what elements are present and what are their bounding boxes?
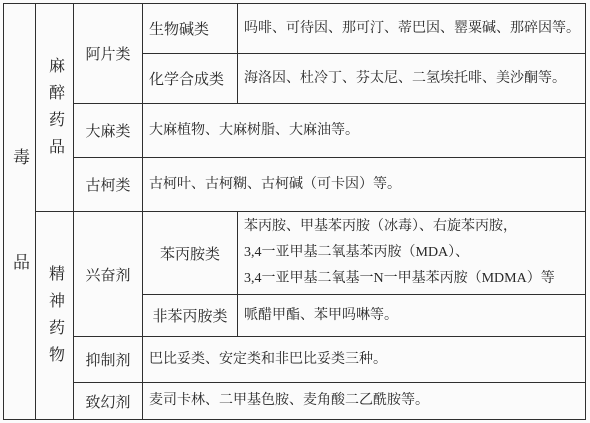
table-row: 致幻剂 麦司卡林、二甲基色胺、麦角酸二乙酰胺等。 [4,383,586,420]
category-cannabis-label: 大麻类 [85,124,130,140]
document-page: 毒品 麻醉药品 阿片类 生物碱类 吗啡、可待因、那可汀、蒂巴因、罂粟碱、那碎因等… [0,0,590,423]
table-row: 大麻类 大麻植物、大麻树脂、大麻油等。 [4,104,586,158]
category-hallucinogens-cell: 致幻剂 [74,383,143,420]
examples-amphetamines-line-2: 3,4一亚甲基二氧基苯丙胺（MDA）、 [244,240,582,266]
examples-hallucinogens-text: 麦司卡林、二甲基色胺、麦角酸二乙酰胺等。 [149,393,429,408]
group-psychotropic-substances-cell: 精神药物 [36,212,74,420]
root-category-cell: 毒品 [4,4,36,420]
examples-alkaloids-text: 吗啡、可待因、那可汀、蒂巴因、罂粟碱、那碎因等。 [244,21,580,36]
subtype-alkaloids-cell: 生物碱类 [143,4,238,54]
subtype-chemical-synthetic-label: 化学合成类 [149,72,224,88]
examples-cannabis-cell: 大麻植物、大麻树脂、大麻油等。 [143,104,586,158]
examples-depressants-text: 巴比妥类、安定类和非巴比妥类三种。 [149,352,387,367]
examples-amphetamines-line-1: 苯丙胺、甲基苯丙胺（冰毒）、右旋苯丙胺， [244,214,582,240]
category-hallucinogens-label: 致幻剂 [85,395,130,411]
examples-amphetamines-cell: 苯丙胺、甲基苯丙胺（冰毒）、右旋苯丙胺， 3,4一亚甲基二氧基苯丙胺（MDA）、… [238,212,586,295]
examples-alkaloids-cell: 吗啡、可待因、那可汀、蒂巴因、罂粟碱、那碎因等。 [238,4,586,54]
examples-coca-text: 古柯叶、古柯糊、古柯碱（可卡因）等。 [149,177,401,192]
group-psychotropic-substances-label: 精神药物 [47,265,63,373]
category-depressants-cell: 抑制剂 [74,337,143,383]
subtype-non-amphetamines-cell: 非苯丙胺类 [143,295,238,337]
examples-non-amphetamines-cell: 哌醋甲酯、苯甲吗啉等。 [238,295,586,337]
category-opiates-cell: 阿片类 [74,4,143,104]
examples-coca-cell: 古柯叶、古柯糊、古柯碱（可卡因）等。 [143,158,586,212]
examples-non-amphetamines-text: 哌醋甲酯、苯甲吗啉等。 [244,308,398,323]
examples-cannabis-text: 大麻植物、大麻树脂、大麻油等。 [149,123,359,138]
category-stimulants-cell: 兴奋剂 [74,212,143,337]
subtype-amphetamines-label: 苯丙胺类 [160,247,220,263]
root-category-label: 毒品 [11,148,28,358]
table-row: 古柯类 古柯叶、古柯糊、古柯碱（可卡因）等。 [4,158,586,212]
subtype-chemical-synthetic-cell: 化学合成类 [143,54,238,104]
subtype-amphetamines-cell: 苯丙胺类 [143,212,238,295]
examples-chemical-synthetic-text: 海洛因、杜冷丁、芬太尼、二氢埃托啡、美沙酮等。 [244,71,566,86]
group-narcotic-drugs-label: 麻醉药品 [47,57,63,165]
subtype-non-amphetamines-label: 非苯丙胺类 [152,309,227,325]
examples-hallucinogens-cell: 麦司卡林、二甲基色胺、麦角酸二乙酰胺等。 [143,383,586,420]
drug-classification-table: 毒品 麻醉药品 阿片类 生物碱类 吗啡、可待因、那可汀、蒂巴因、罂粟碱、那碎因等… [3,3,586,420]
category-coca-label: 古柯类 [85,178,130,194]
examples-amphetamines-line-3: 3,4一亚甲基二氧基一N一甲基苯丙胺（MDMA）等 [244,266,582,292]
category-opiates-label: 阿片类 [85,47,130,63]
group-narcotic-drugs-cell: 麻醉药品 [36,4,74,212]
category-depressants-label: 抑制剂 [85,353,130,369]
category-coca-cell: 古柯类 [74,158,143,212]
category-stimulants-label: 兴奋剂 [85,268,130,284]
category-cannabis-cell: 大麻类 [74,104,143,158]
examples-depressants-cell: 巴比妥类、安定类和非巴比妥类三种。 [143,337,586,383]
subtype-alkaloids-label: 生物碱类 [149,22,209,38]
table-row: 精神药物 兴奋剂 苯丙胺类 苯丙胺、甲基苯丙胺（冰毒）、右旋苯丙胺， 3,4一亚… [4,212,586,295]
table-row: 毒品 麻醉药品 阿片类 生物碱类 吗啡、可待因、那可汀、蒂巴因、罂粟碱、那碎因等… [4,4,586,54]
table-row: 抑制剂 巴比妥类、安定类和非巴比妥类三种。 [4,337,586,383]
examples-chemical-synthetic-cell: 海洛因、杜冷丁、芬太尼、二氢埃托啡、美沙酮等。 [238,54,586,104]
